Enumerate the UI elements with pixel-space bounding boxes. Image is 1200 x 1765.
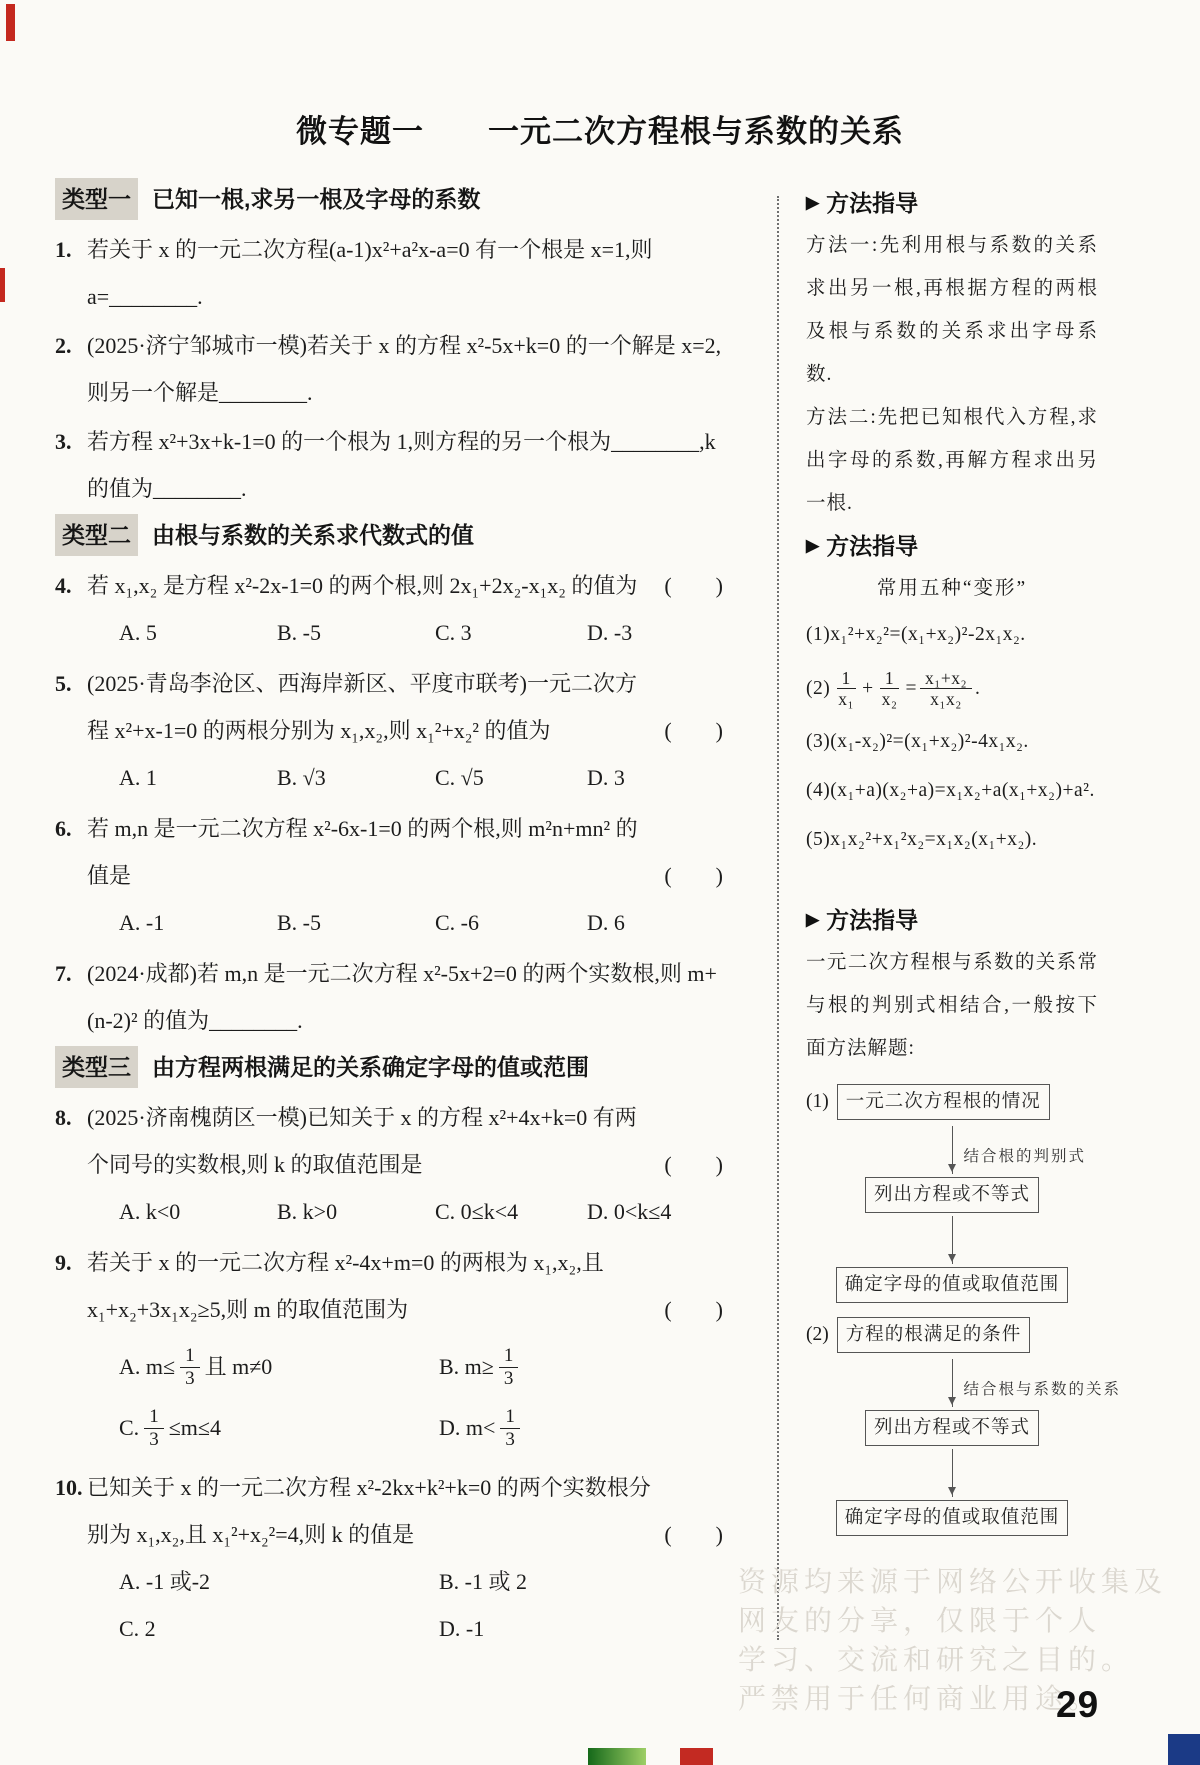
red-edge-mark: [6, 4, 15, 41]
option-a: A. -1 或-2: [119, 1558, 439, 1605]
option-a: A. 5: [119, 609, 277, 656]
question-number: 4.: [55, 562, 72, 609]
options-row: A. k<0 B. k>0 C. 0≤k<4 D. 0<k≤4: [87, 1188, 723, 1235]
option-b: B. -5: [277, 609, 435, 656]
guide-heading-text: 方法指导: [826, 525, 918, 567]
formula-2: (2) 1x₁ + 1x₂ = x₁+x₂x₁x₂ .: [806, 667, 1098, 710]
option-d: D. 3: [587, 754, 723, 801]
blue-bar-decoration: [1168, 1734, 1200, 1765]
triangle-icon: ▶: [806, 525, 819, 567]
question-number: 6.: [55, 805, 72, 852]
section-heading-2: 类型二 由根与系数的关系求代数式的值: [55, 514, 723, 556]
section-label: 类型二: [55, 514, 138, 556]
question-text: (2025·济宁邹城市一模)若关于 x 的方程 x²-5x+k=0 的一个解是 …: [87, 322, 723, 416]
arrow-label: 结合根与系数的关系: [964, 1368, 1122, 1411]
down-arrow-icon: [952, 1449, 953, 1497]
question-number: 1.: [55, 226, 72, 273]
triangle-icon: ▶: [806, 182, 819, 224]
option-a: A. m≤ 13 且 m≠0: [119, 1345, 439, 1390]
guide-heading-text: 方法指导: [826, 182, 918, 224]
option-b: B. -1 或 2: [439, 1558, 723, 1605]
flow-intro-text: 一元二次方程根与系数的关系常与根的判别式相结合,一般按下面方法解题:: [806, 941, 1098, 1070]
option-c: C. 3: [435, 609, 587, 656]
question-text: (2024·成都)若 m,n 是一元二次方程 x²-5x+2=0 的两个实数根,…: [87, 950, 723, 1044]
fraction: 1x₁: [833, 668, 859, 709]
question-text: 若 m,n 是一元二次方程 x²-6x-1=0 的两个根,则 m²n+mn² 的…: [87, 805, 654, 899]
question-text: (2025·济南槐荫区一模)已知关于 x 的方程 x²+4x+k=0 有两个同号…: [87, 1094, 654, 1188]
method-guide-heading-1: ▶ 方法指导: [806, 182, 1098, 224]
guide-heading-text: 方法指导: [826, 899, 918, 941]
down-arrow-icon: [952, 1216, 953, 1264]
option-c: C. 2: [119, 1605, 439, 1652]
method-2-text: 方法二:先把已知根代入方程,求出字母的系数,再解方程求出另一根.: [806, 396, 1098, 525]
section-label: 类型三: [55, 1046, 138, 1088]
fraction: 13: [180, 1345, 200, 1390]
flowchart-2: (2) 方程的根满足的条件 结合根与系数的关系 列出方程或不等式 确定字母的值或…: [806, 1313, 1098, 1536]
option-a: A. k<0: [119, 1188, 277, 1235]
flow-box: 列出方程或不等式: [865, 1177, 1039, 1213]
option-d: D. m< 13: [439, 1406, 723, 1451]
question-7: 7. (2024·成都)若 m,n 是一元二次方程 x²-5x+2=0 的两个实…: [55, 950, 723, 1044]
section-label: 类型一: [55, 178, 138, 220]
option-b: B. k>0: [277, 1188, 435, 1235]
question-number: 9.: [55, 1239, 72, 1286]
option-b: B. m≥ 13: [439, 1345, 723, 1390]
flow-box: 确定字母的值或取值范围: [836, 1267, 1069, 1303]
exercise-column: 类型一 已知一根,求另一根及字母的系数 1. 若关于 x 的一元二次方程(a-1…: [55, 176, 723, 1656]
section-title: 由方程两根满足的关系确定字母的值或范围: [152, 1047, 589, 1087]
question-9: 9. 若关于 x 的一元二次方程 x²-4x+m=0 的两根为 x₁,x₂,且 …: [55, 1239, 723, 1450]
answer-bracket: ( ): [654, 562, 723, 609]
question-number: 2.: [55, 322, 72, 369]
question-text: 若 x₁,x₂ 是方程 x²-2x-1=0 的两个根,则 2x₁+2x₂-x₁x…: [87, 562, 654, 609]
question-number: 5.: [55, 660, 72, 707]
flow-box: 一元二次方程根的情况: [837, 1084, 1050, 1120]
question-3: 3. 若方程 x²+3x+k-1=0 的一个根为 1,则方程的另一个根为____…: [55, 418, 723, 512]
triangle-icon: ▶: [806, 899, 819, 941]
textbook-page: 微专题一 一元二次方程根与系数的关系 类型一 已知一根,求另一根及字母的系数 1…: [0, 0, 1200, 1765]
question-text: 若方程 x²+3x+k-1=0 的一个根为 1,则方程的另一个根为_______…: [87, 418, 723, 512]
option-c: C. √5: [435, 754, 587, 801]
flow-item-label: (1): [806, 1080, 829, 1123]
question-10: 10. 已知关于 x 的一元二次方程 x²-2kx+k²+k=0 的两个实数根分…: [55, 1464, 723, 1652]
formula-4: (4)(x₁+a)(x₂+a)=x₁x₂+a(x₁+x₂)+a².: [806, 767, 1098, 815]
green-bar-decoration: [588, 1748, 646, 1765]
fraction: 13: [499, 1345, 519, 1390]
method-guide-column: ▶ 方法指导 方法一:先利用根与系数的关系求出另一根,再根据方程的两根及根与系数…: [806, 182, 1098, 1538]
red-bar-decoration: [680, 1748, 713, 1765]
options-row: A. -1 B. -5 C. -6 D. 6: [87, 899, 723, 946]
fraction: x₁+x₂x₁x₂: [920, 668, 972, 709]
flow-box: 列出方程或不等式: [865, 1410, 1039, 1446]
question-6: 6. 若 m,n 是一元二次方程 x²-6x-1=0 的两个根,则 m²n+mn…: [55, 805, 723, 946]
question-text: (2025·青岛李沧区、西海岸新区、平度市联考)一元二次方程 x²+x-1=0 …: [87, 660, 654, 754]
question-number: 10.: [55, 1464, 83, 1511]
answer-bracket: ( ): [654, 1286, 723, 1333]
question-number: 8.: [55, 1094, 72, 1141]
question-5: 5. (2025·青岛李沧区、西海岸新区、平度市联考)一元二次方程 x²+x-1…: [55, 660, 723, 801]
options-grid: A. m≤ 13 且 m≠0 B. m≥ 13 C. 13 ≤m≤4 D. m<…: [87, 1345, 723, 1450]
question-text: 若关于 x 的一元二次方程(a-1)x²+a²x-a=0 有一个根是 x=1,则…: [87, 226, 723, 320]
page-title: 微专题一 一元二次方程根与系数的关系: [0, 106, 1200, 151]
down-arrow-icon: 结合根与系数的关系: [952, 1359, 953, 1407]
option-b: B. √3: [277, 754, 435, 801]
option-b: B. -5: [277, 899, 435, 946]
question-number: 7.: [55, 950, 72, 997]
method-1-text: 方法一:先利用根与系数的关系求出另一根,再根据方程的两根及根与系数的关系求出字母…: [806, 224, 1098, 396]
option-c: C. 0≤k<4: [435, 1188, 587, 1235]
down-arrow-icon: 结合根的判别式: [952, 1126, 953, 1174]
flow-box: 方程的根满足的条件: [837, 1317, 1031, 1353]
column-divider: [777, 196, 779, 1640]
answer-bracket: ( ): [654, 852, 723, 899]
question-number: 3.: [55, 418, 72, 465]
question-1: 1. 若关于 x 的一元二次方程(a-1)x²+a²x-a=0 有一个根是 x=…: [55, 226, 723, 320]
fraction: 13: [144, 1406, 164, 1451]
option-d: D. -3: [587, 609, 723, 656]
question-2: 2. (2025·济宁邹城市一模)若关于 x 的方程 x²-5x+k=0 的一个…: [55, 322, 723, 416]
question-8: 8. (2025·济南槐荫区一模)已知关于 x 的方程 x²+4x+k=0 有两…: [55, 1094, 723, 1235]
option-d: D. -1: [439, 1605, 723, 1652]
red-edge-mark: [0, 268, 5, 302]
options-row: A. 1 B. √3 C. √5 D. 3: [87, 754, 723, 801]
section-heading-3: 类型三 由方程两根满足的关系确定字母的值或范围: [55, 1046, 723, 1088]
flow-item-label: (2): [806, 1313, 829, 1356]
options-row: A. 5 B. -5 C. 3 D. -3: [87, 609, 723, 656]
section-title: 已知一根,求另一根及字母的系数: [152, 179, 480, 219]
watermark-text: 资源均来源于网络公开收集及 网友的分享，仅限于个人 学习、交流和研究之目的。 严…: [738, 1563, 1200, 1719]
flow-box: 确定字母的值或取值范围: [836, 1500, 1069, 1536]
option-d: D. 0<k≤4: [587, 1188, 723, 1235]
answer-bracket: ( ): [654, 1141, 723, 1188]
method-guide-heading-2: ▶ 方法指导: [806, 525, 1098, 567]
formula-3: (3)(x₁-x₂)²=(x₁+x₂)²-4x₁x₂.: [806, 717, 1098, 767]
option-d: D. 6: [587, 899, 723, 946]
option-a: A. 1: [119, 754, 277, 801]
fraction: 13: [500, 1406, 520, 1451]
page-number: 29: [1056, 1684, 1099, 1726]
fraction: 1x₂: [877, 668, 903, 709]
transforms-subtitle: 常用五种“变形”: [806, 567, 1098, 610]
question-4: 4. 若 x₁,x₂ 是方程 x²-2x-1=0 的两个根,则 2x₁+2x₂-…: [55, 562, 723, 656]
method-guide-heading-3: ▶ 方法指导: [806, 899, 1098, 941]
option-c: C. -6: [435, 899, 587, 946]
section-heading-1: 类型一 已知一根,求另一根及字母的系数: [55, 178, 723, 220]
flowchart-1: (1) 一元二次方程根的情况 结合根的判别式 列出方程或不等式 确定字母的值或取…: [806, 1080, 1098, 1303]
formula-5: (5)x₁x₂²+x₁²x₂=x₁x₂(x₁+x₂).: [806, 815, 1098, 865]
options-grid: A. -1 或-2 B. -1 或 2 C. 2 D. -1: [87, 1558, 723, 1652]
answer-bracket: ( ): [654, 707, 723, 754]
formula-1: (1)x₁²+x₂²=(x₁+x₂)²-2x₁x₂.: [806, 610, 1098, 660]
arrow-label: 结合根的判别式: [964, 1135, 1087, 1178]
option-a: A. -1: [119, 899, 277, 946]
option-c: C. 13 ≤m≤4: [119, 1406, 439, 1451]
question-text: 若关于 x 的一元二次方程 x²-4x+m=0 的两根为 x₁,x₂,且 x₁+…: [87, 1239, 654, 1333]
section-title: 由根与系数的关系求代数式的值: [152, 515, 474, 555]
answer-bracket: ( ): [654, 1511, 723, 1558]
question-text: 已知关于 x 的一元二次方程 x²-2kx+k²+k=0 的两个实数根分别为 x…: [87, 1464, 654, 1558]
